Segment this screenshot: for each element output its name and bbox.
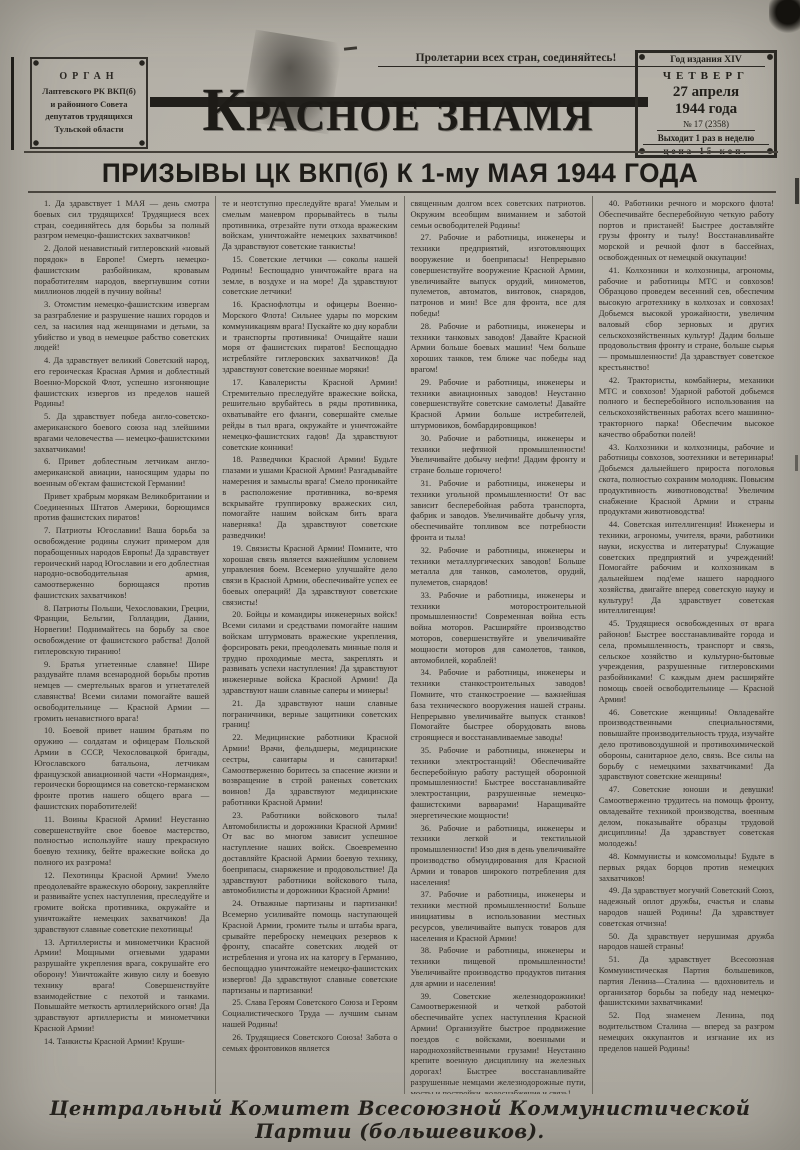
slogan-paragraph: 31. Рабочие и работницы, инженеры и техн… [411,478,586,543]
slogan-paragraph: 14. Танкисты Красной Армии! Круши- [34,1036,209,1047]
slogan-paragraph: 48. Коммунисты и комсомольцы! Будьте в п… [599,851,774,883]
slogan-paragraph: 46. Советские женщины! Овладевайте произ… [599,707,774,783]
slogan-paragraph: 52. Под знаменем Ленина, под водительств… [599,1010,774,1053]
slogan-paragraph: 30. Рабочие и работницы, инженеры и техн… [411,433,586,476]
slogan-paragraph: 50. Да здравствует нерушимая дружба наро… [599,931,774,953]
slogan-paragraph: 3. Отомстим немецко-фашистским извергам … [34,299,209,353]
weekday: ЧЕТВЕРГ [643,70,769,82]
slogan-paragraph: 18. Разведчики Красной Армии! Будьте гла… [222,454,397,540]
slogan-paragraph: Привет храбрым морякам Великобритании и … [34,491,209,523]
slogan-paragraph: 13. Артиллеристы и минометчики Красной А… [34,937,209,1034]
slogan-paragraph: 38. Рабочие и работницы, инженеры и техн… [411,945,586,988]
slogan-paragraph: 24. Отважные партизаны и партизанки! Все… [222,898,397,995]
slogan-paragraph: 49. Да здравствует могучий Советский Сою… [599,885,774,928]
slogans-column-3: священным долгом всех советских патриото… [405,196,593,1094]
edition-year: Год издания XIV [647,55,765,67]
slogans-column-4: 40. Работники речного и морского флота! … [593,196,780,1094]
slogan-paragraph: 43. Колхозники и колхозницы, рабочие и р… [599,442,774,518]
slogan-paragraph: 16. Краснофлотцы и офицеры Военно-Морско… [222,299,397,375]
slogan-paragraph: 4. Да здравствует великий Советский наро… [34,355,209,409]
slogan-paragraph: 20. Бойцы и командиры инженерных войск! … [222,609,397,695]
slogan-paragraph: 34. Рабочие и работницы, инженеры и техн… [411,667,586,743]
slogan-paragraph: 51. Да здравствует Всесоюзная Коммунисти… [599,954,774,1008]
publisher-box: ОРГАН Лаптевского РК ВКП(б) и районного … [30,57,148,149]
slogan-paragraph: 1. Да здравствует 1 МАЯ — день смотра бо… [34,198,209,241]
edge-mark [795,455,798,471]
slogan-paragraph: 32. Рабочие и работницы, инженеры и техн… [411,545,586,588]
issue-year: 1944 года [643,101,769,118]
slogan-paragraph: 27. Рабочие и работницы, инженеры и техн… [411,232,586,318]
slogan-paragraph: 25. Слава Героям Советского Союза и Геро… [222,997,397,1029]
publisher-line: ОРГАН [36,71,142,83]
slogan-paragraph: 7. Патриоты Югославии! Ваша борьба за ос… [34,525,209,601]
slogan-paragraph: 10. Боевой привет нашим братьям по оружи… [34,725,209,811]
issue-number: № 17 (2358) [657,119,755,131]
signature-line: Центральный Комитет Всесоюзной Коммунист… [0,1097,800,1143]
publisher-line: Тульской области [36,124,142,136]
slogan-paragraph: 22. Медицинские работники Красной Армии!… [222,732,397,808]
corner-stain [769,0,800,33]
slogan-paragraph: 36. Рабочие и работницы, инженеры и техн… [411,823,586,888]
slogan-paragraph: 2. Долой ненавистный гитлеровский «новый… [34,243,209,297]
pencil-mark [344,46,357,50]
slogan-paragraph: 41. Колхозники и колхозницы, агрономы, р… [599,265,774,373]
slogan-paragraph: 8. Патриоты Польши, Чехословакии, Греции… [34,603,209,657]
proletarians-slogan: Пролетарии всех стран, соединяйтесь! [378,52,654,67]
slogan-paragraph: 19. Связисты Красной Армии! Помните, что… [222,543,397,608]
slogan-paragraph: 12. Пехотинцы Красной Армии! Умело преод… [34,870,209,935]
slogan-paragraph: 45. Трудящиеся освобожденных от врага ра… [599,618,774,704]
slogan-paragraph: 35. Рабочие и работницы, инженеры и техн… [411,745,586,821]
slogan-paragraph: 11. Воины Красной Армии! Неустанно совер… [34,814,209,868]
newspaper-title: Красное знамя [156,72,640,150]
slogan-paragraph: 40. Работники речного и морского флота! … [599,198,774,263]
slogan-paragraph: 47. Советские юноши и девушки! Самоотвер… [599,784,774,849]
slogan-paragraph: 15. Советские летчики — соколы нашей Род… [222,254,397,297]
issue-info-box: Год издания XIV ЧЕТВЕРГ 27 апреля 1944 г… [635,50,777,158]
slogan-paragraph: 26. Трудящиеся Советского Союза! Забота … [222,1032,397,1054]
page-edge-line [11,57,14,150]
frequency: Выходит 1 раз в неделю [643,133,769,145]
slogan-paragraph: 44. Советская интеллигенция! Инженеры и … [599,519,774,616]
slogan-paragraph: 5. Да здравствует победа англо-советско-… [34,411,209,454]
article-body: 1. Да здравствует 1 МАЯ — день смотра бо… [28,196,780,1094]
slogan-paragraph: 17. Кавалеристы Красной Армии! Стремител… [222,377,397,453]
publisher-line: и районного Совета [36,99,142,111]
slogan-paragraph: 33. Рабочие и работницы, инженеры и техн… [411,590,586,666]
publisher-line: Лаптевского РК ВКП(б) [36,86,142,98]
slogan-paragraph: 21. Да здравствуют наши славные погранич… [222,698,397,730]
slogan-paragraph: 23. Работники войскового тыла! Автомобил… [222,810,397,896]
slogan-paragraph: 28. Рабочие и работницы, инженеры и техн… [411,321,586,375]
slogan-paragraph: священным долгом всех советских патриото… [411,198,586,230]
slogan-paragraph: 9. Братья угнетенные славяне! Шире разду… [34,659,209,724]
main-headline: ПРИЗЫВЫ ЦК ВКП(б) К 1-му МАЯ 1944 ГОДА [41,158,759,189]
headline-divider [28,191,776,193]
slogans-column-2: те и неотступно преследуйте врага! Умелы… [216,196,404,1094]
slogan-paragraph: те и неотступно преследуйте врага! Умелы… [222,198,397,252]
masthead-divider [24,151,778,153]
slogan-paragraph: 39. Советские железнодорожники! Самоотве… [411,991,586,1094]
edge-mark [795,178,799,204]
newspaper-page: ОРГАН Лаптевского РК ВКП(б) и районного … [0,0,800,1150]
slogan-paragraph: 42. Трактористы, комбайнеры, механики МТ… [599,375,774,440]
slogans-column-1: 1. Да здравствует 1 МАЯ — день смотра бо… [28,196,216,1094]
issue-date: 27 апреля [643,84,769,101]
slogan-paragraph: 29. Рабочие и работницы, инженеры и техн… [411,377,586,431]
slogan-paragraph: 6. Привет доблестным летчикам англо-амер… [34,456,209,488]
publisher-line: депутатов трудящихся [36,111,142,123]
slogan-paragraph: 37. Рабочие и работницы, инженеры и техн… [411,889,586,943]
